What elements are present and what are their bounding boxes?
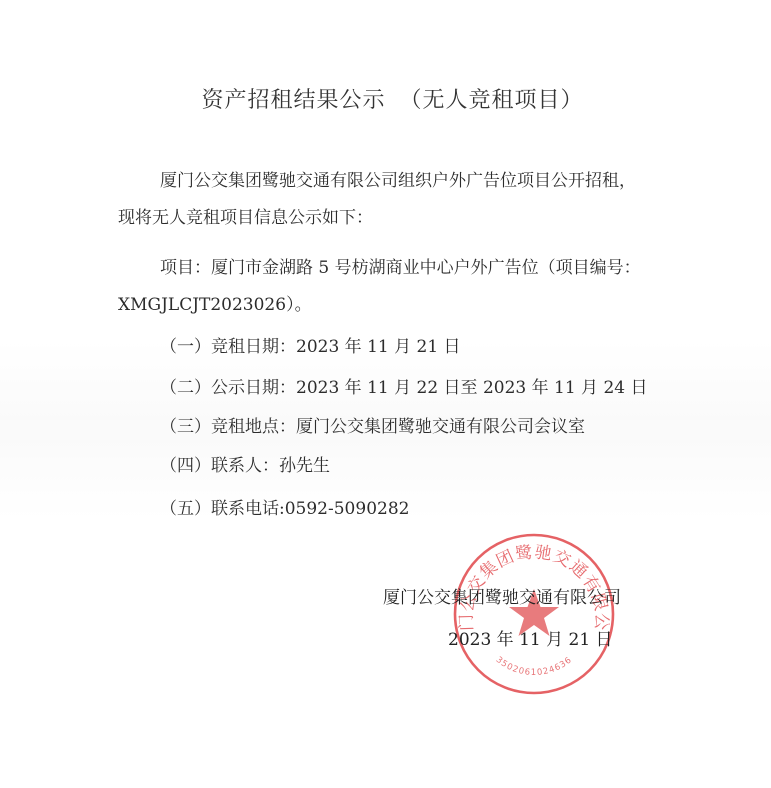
item-value: 0592-5090282 [285, 499, 410, 519]
svg-text:3502061024636: 3502061024636 [494, 655, 575, 678]
item-notice-period: （二）公示日期：2023 年 11 月 22 日至 2023 年 11 月 24… [160, 377, 648, 399]
item-contact-person: （四）联系人：孙先生 [160, 455, 330, 477]
item-label: （二）公示日期： [160, 378, 296, 398]
item-value: 孙先生 [279, 456, 330, 476]
item-bidding-date: （一）竞租日期：2023 年 11 月 21 日 [160, 336, 461, 358]
official-seal-icon: 厦门公交集团鹭驰交通有限公司 3502061024636 [451, 531, 617, 697]
project-line-1: 项目：厦门市金湖路 5 号枋湖商业中心户外广告位（项目编号： [160, 257, 641, 279]
intro-line-2: 现将无人竞租项目信息公示如下： [118, 207, 373, 229]
item-bidding-location: （三）竞租地点：厦门公交集团鹭驰交通有限公司会议室 [160, 416, 585, 438]
signature-company: 厦门公交集团鹭驰交通有限公司 [383, 583, 621, 608]
item-value: 厦门公交集团鹭驰交通有限公司会议室 [296, 417, 585, 437]
item-label: （一）竞租日期： [160, 337, 296, 357]
item-contact-phone: （五）联系电话:0592-5090282 [160, 498, 409, 520]
title-sub: （无人竞租项目） [400, 88, 584, 113]
item-value: 2023 年 11 月 22 日至 2023 年 11 月 24 日 [296, 378, 648, 398]
project-line-2: XMGJLCJT2023026）。 [118, 294, 312, 316]
intro-line-1: 厦门公交集团鹭驰交通有限公司组织户外广告位项目公开招租， [160, 170, 636, 192]
title-main: 资产招租结果公示 [201, 88, 385, 113]
signature-date: 2023 年 11 月 21 日 [448, 625, 613, 650]
item-label: （五）联系电话: [160, 499, 285, 519]
document-title: 资产招租结果公示（无人竞租项目） [0, 83, 771, 114]
item-label: （四）联系人： [160, 456, 279, 476]
item-label: （三）竞租地点： [160, 417, 296, 437]
item-value: 2023 年 11 月 21 日 [296, 337, 461, 357]
svg-text:厦门公交集团鹭驰交通有限公司: 厦门公交集团鹭驰交通有限公司 [451, 531, 611, 631]
